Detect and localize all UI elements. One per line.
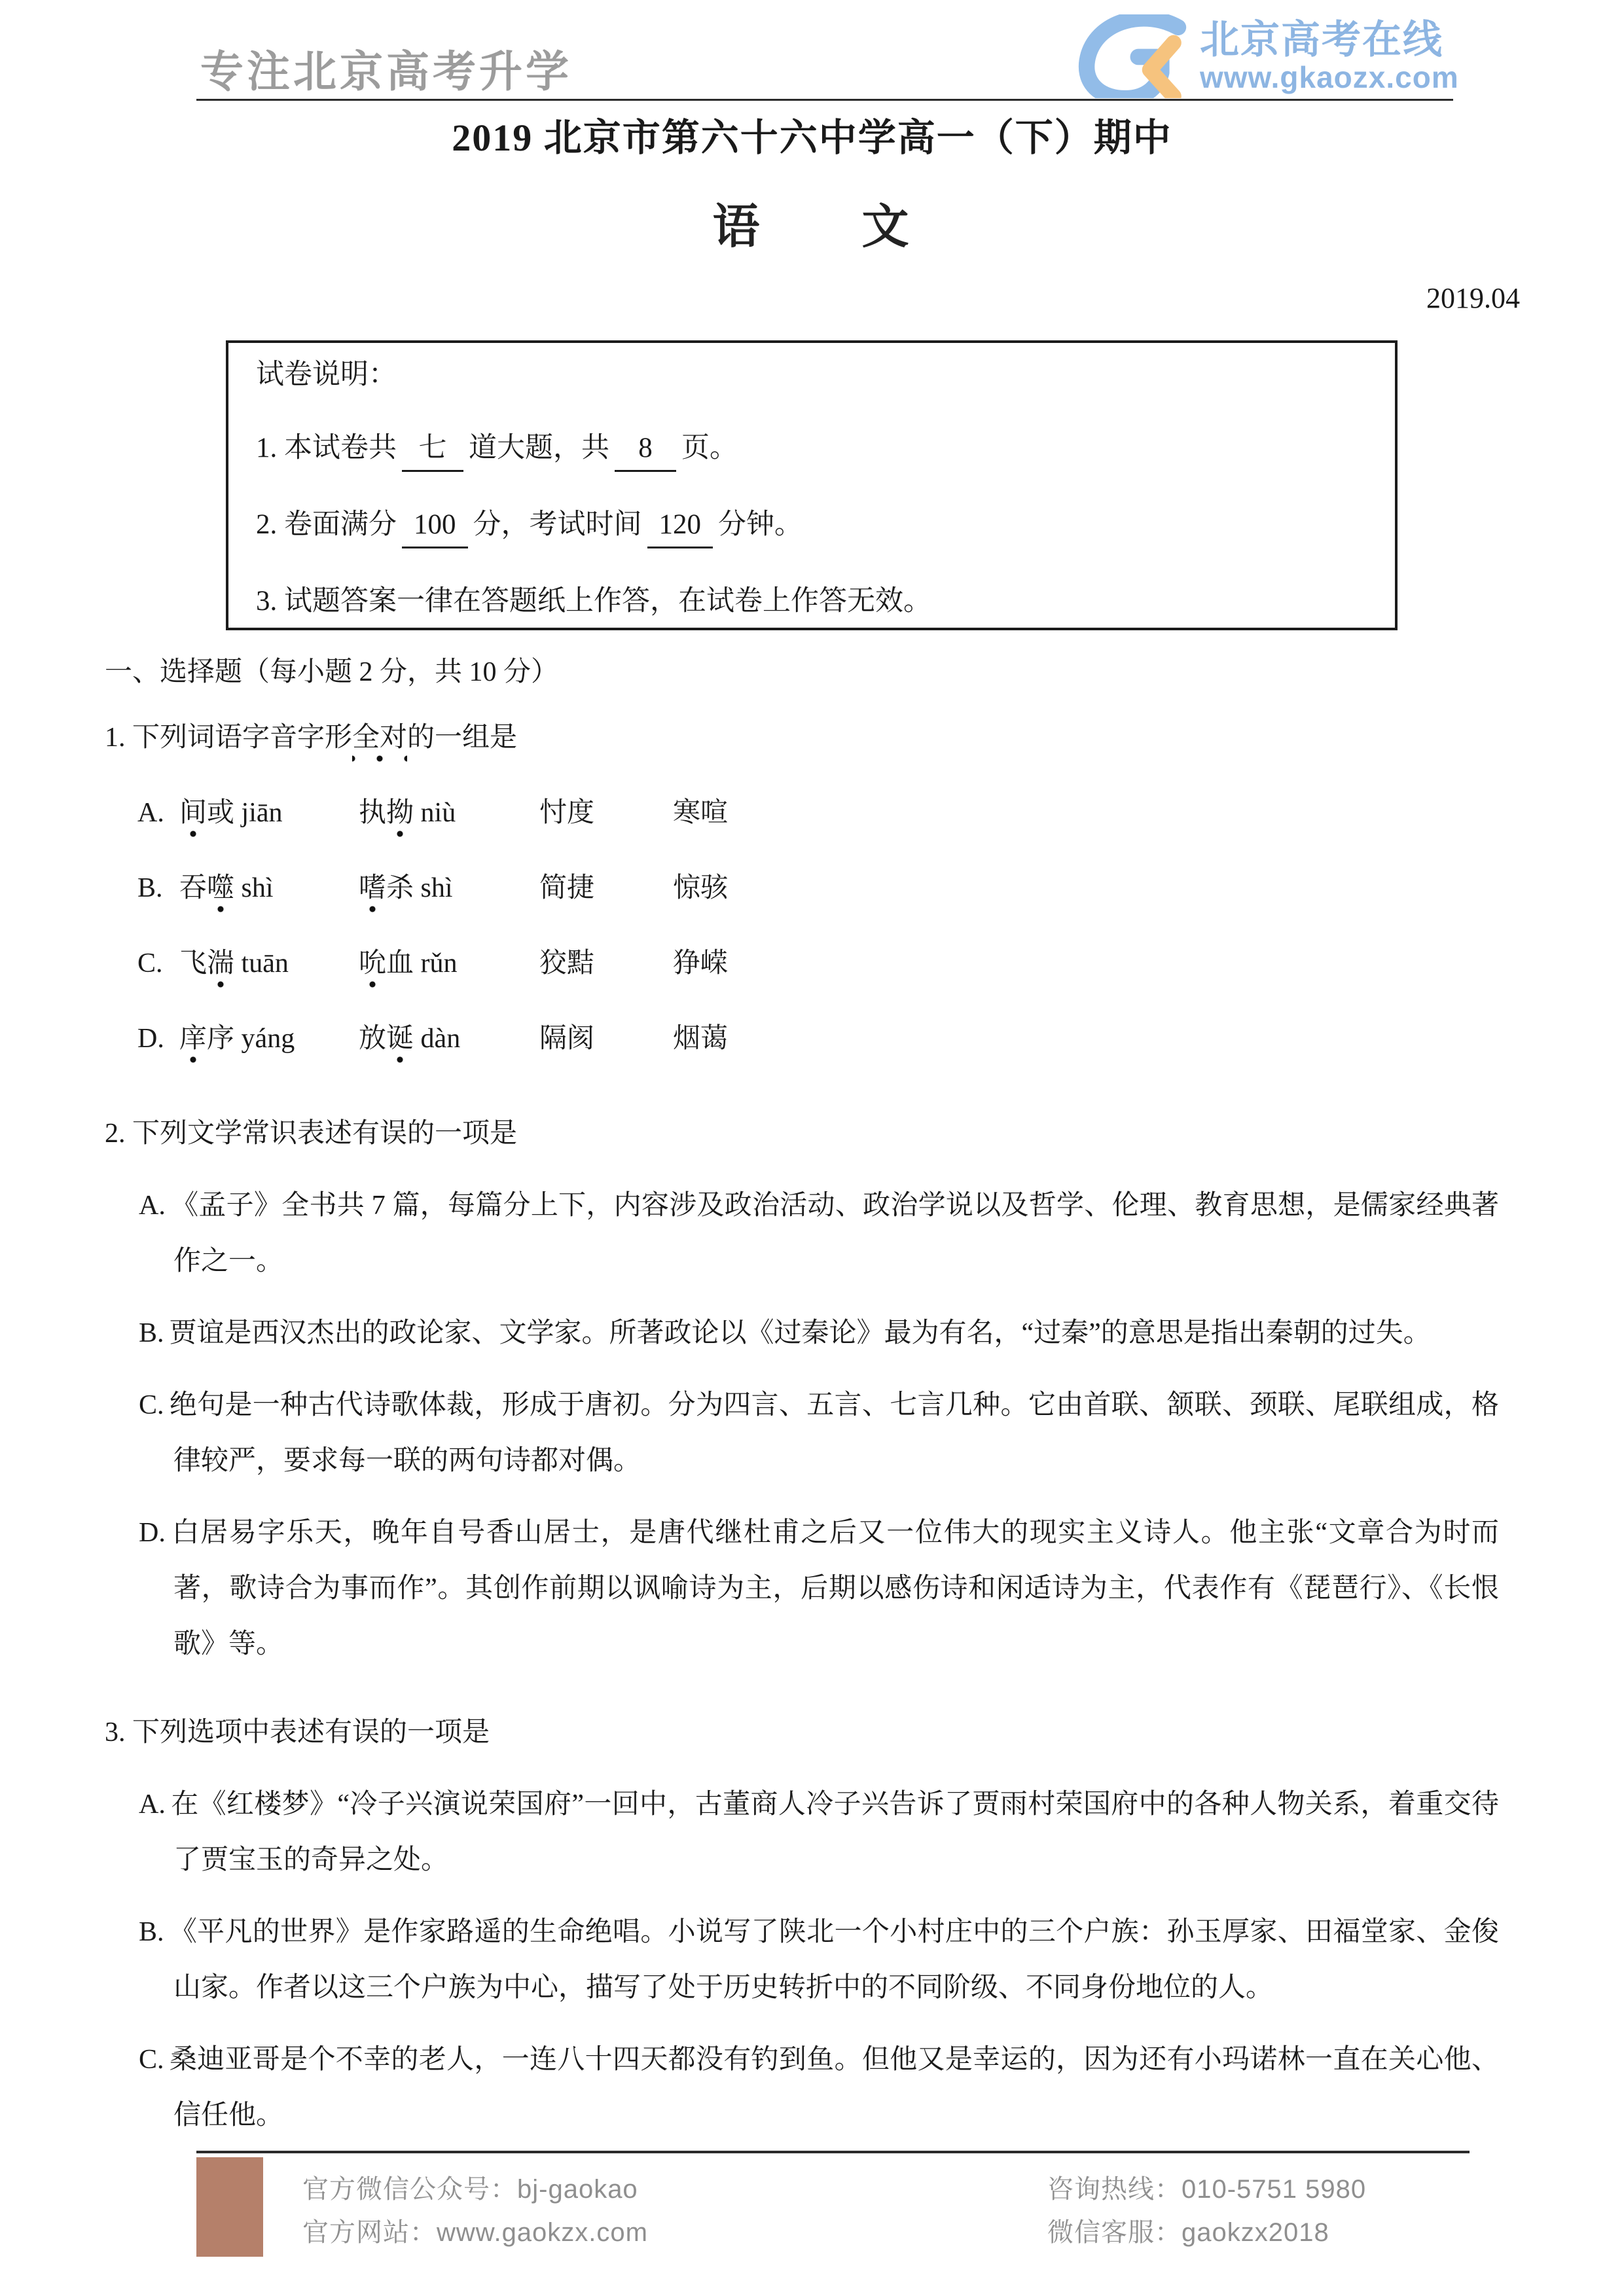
footer-divider: [196, 2151, 1470, 2153]
option-label: A.: [139, 1789, 166, 1820]
option-label: A.: [137, 785, 179, 841]
footer-text: 微信客服：gaokzx2018: [1047, 2211, 1366, 2254]
option-label: A.: [139, 1191, 166, 1221]
option-label: D.: [139, 1518, 166, 1548]
question3-options: A.在《红楼梦》“冷子兴演说荣国府”一回中，古董商人冷子兴告诉了贾雨村荣国府中的…: [105, 1777, 1499, 2144]
notice-items: 1. 本试卷共七道大题，共8页。2. 卷面满分100分，考试时间120分钟。3.…: [256, 428, 1367, 622]
option-label: C.: [139, 1390, 164, 1420]
exam-paper-page: 专注北京高考升学 北京高考在线 www.gkaozx.com 2019 北京市第…: [0, 0, 1624, 2296]
logo-mark-icon: [1069, 14, 1193, 98]
footer-text: 咨询热线：010-5751 5980: [1047, 2168, 1366, 2211]
option-paragraph: D.白居易字乐天，晚年自号香山居士，是唐代继杜甫之后又一位伟大的现实主义诗人。他…: [105, 1505, 1499, 1672]
logo-text: 北京高考在线 www.gkaozx.com: [1200, 19, 1459, 94]
notice-blank-value: 100: [402, 505, 468, 548]
notice-text: 1. 本试卷共: [256, 433, 397, 463]
option-label: C.: [137, 936, 179, 992]
notice-text: 页。: [681, 433, 738, 463]
notice-item: 2. 卷面满分100分，考试时间120分钟。: [256, 505, 1367, 548]
q1-option-row: C.飞湍 tuān吮血 rǔn狡黠狰嵘: [137, 936, 1499, 992]
option-word: 寒喧: [673, 785, 1499, 841]
header-divider: [196, 99, 1453, 101]
question2-options: A.《孟子》全书共 7 篇，每篇分上下，内容涉及政治活动、政治学说以及哲学、伦理…: [105, 1178, 1499, 1672]
question2-stem: 2. 下列文学常识表述有误的一项是: [105, 1106, 1499, 1162]
option-text: 绝句是一种古代诗歌体裁，形成于唐初。分为四言、五言、七言几种。它由首联、颔联、颈…: [170, 1390, 1499, 1476]
subject-title: 语 文: [0, 188, 1624, 257]
emphasized-char: 湍: [207, 948, 234, 989]
page-title: 2019 北京市第六十六中学高一（下）期中: [0, 107, 1624, 162]
footer-text: 官方微信公众号：bj-gaokao: [302, 2168, 648, 2211]
notice-text: 3. 试题答案一律在答题纸上作答，在试卷上作答无效。: [256, 586, 931, 617]
emphasized-char: 嗜: [359, 873, 386, 914]
notice-box: 试卷说明： 1. 本试卷共七道大题，共8页。2. 卷面满分100分，考试时间12…: [226, 340, 1398, 630]
emphasized-char: 拗: [386, 798, 414, 838]
option-word: 狡黠: [539, 936, 673, 992]
option-word: 执拗 niù: [359, 785, 539, 841]
question1-stem: 1. 下列词语字音字形全对的一组是: [105, 710, 1499, 766]
option-word: 狰嵘: [673, 936, 1499, 992]
brand-logo: 北京高考在线 www.gkaozx.com: [1069, 14, 1459, 98]
q1-stem-prefix: 1. 下列词语字音字形: [105, 723, 352, 753]
emphasized-char: 庠: [179, 1024, 207, 1064]
footer-right-column: 咨询热线：010-5751 5980微信客服：gaokzx2018: [1047, 2168, 1366, 2254]
footer-text: 官方网站：www.gaokzx.com: [302, 2211, 648, 2254]
notice-text: 2. 卷面满分: [256, 509, 397, 540]
question3-stem: 3. 下列选项中表述有误的一项是: [105, 1705, 1499, 1761]
notice-item: 1. 本试卷共七道大题，共8页。: [256, 428, 1367, 472]
notice-blank-value: 120: [647, 505, 713, 548]
emphasized-char: 间: [179, 798, 207, 838]
logo-url: www.gkaozx.com: [1200, 61, 1459, 94]
option-word: 吞噬 shì: [179, 861, 359, 916]
q1-stem-suffix: 的一组是: [407, 723, 517, 753]
option-paragraph: A.《孟子》全书共 7 篇，每篇分上下，内容涉及政治活动、政治学说以及哲学、伦理…: [105, 1178, 1499, 1289]
option-text: 白居易字乐天，晚年自号香山居士，是唐代继杜甫之后又一位伟大的现实主义诗人。他主张…: [171, 1518, 1499, 1659]
option-text: 贾谊是西汉杰出的政论家、文学家。所著政论以《过秦论》最为有名，“过秦”的意思是指…: [170, 1318, 1431, 1348]
notice-item: 3. 试题答案一律在答题纸上作答，在试卷上作答无效。: [256, 581, 1367, 622]
option-word: 放诞 dàn: [359, 1011, 539, 1067]
question-area: 一、选择题（每小题 2 分，共 10 分） 1. 下列词语字音字形全对的一组是 …: [105, 645, 1499, 2144]
option-paragraph: B.《平凡的世界》是作家路遥的生命绝唱。小说写了陕北一个小村庄中的三个户族：孙玉…: [105, 1905, 1499, 2016]
footer-left-column: 官方微信公众号：bj-gaokao官方网站：www.gaokzx.com: [302, 2168, 648, 2254]
q1-option-row: B.吞噬 shì嗜杀 shì简捷惊骇: [137, 861, 1499, 916]
option-paragraph: C.绝句是一种古代诗歌体裁，形成于唐初。分为四言、五言、七言几种。它由首联、颔联…: [105, 1378, 1499, 1489]
option-text: 《平凡的世界》是作家路遥的生命绝唱。小说写了陕北一个小村庄中的三个户族：孙玉厚家…: [170, 1917, 1499, 2003]
option-word: 惊骇: [673, 861, 1499, 916]
option-label: C.: [139, 2045, 164, 2075]
notice-heading: 试卷说明：: [256, 355, 1367, 395]
option-text: 桑迪亚哥是个不幸的老人，一连八十四天都没有钓到鱼。但他又是幸运的，因为还有小玛诺…: [170, 2045, 1499, 2130]
option-word: 飞湍 tuān: [179, 936, 359, 992]
option-label: B.: [139, 1917, 164, 1947]
notice-text: 分，考试时间: [473, 509, 642, 540]
notice-blank-value: 七: [402, 428, 463, 472]
section-heading: 一、选择题（每小题 2 分，共 10 分）: [105, 645, 1499, 700]
option-word: 庠序 yáng: [179, 1011, 359, 1067]
option-label: D.: [137, 1011, 179, 1067]
emphasized-char: 噬: [207, 873, 234, 914]
option-label: B.: [137, 861, 179, 916]
option-paragraph: A.在《红楼梦》“冷子兴演说荣国府”一回中，古董商人冷子兴告诉了贾雨村荣国府中的…: [105, 1777, 1499, 1888]
option-word: 隔阂: [539, 1011, 673, 1067]
header-slogan: 专注北京高考升学: [200, 37, 572, 99]
option-paragraph: C.桑迪亚哥是个不幸的老人，一连八十四天都没有钓到鱼。但他又是幸运的，因为还有小…: [105, 2032, 1499, 2144]
question1-options: A.间或 jiān执拗 niù忖度寒喧B.吞噬 shì嗜杀 shì简捷惊骇C.飞…: [105, 785, 1499, 1067]
q1-option-row: A.间或 jiān执拗 niù忖度寒喧: [137, 785, 1499, 841]
notice-blank-value: 8: [615, 428, 676, 472]
option-label: B.: [139, 1318, 164, 1348]
notice-text: 道大题，共: [469, 433, 609, 463]
emphasized-char: 诞: [386, 1024, 414, 1064]
option-text: 《孟子》全书共 7 篇，每篇分上下，内容涉及政治活动、政治学说以及哲学、伦理、教…: [171, 1191, 1499, 1276]
emphasized-char: 吮: [359, 948, 386, 989]
option-word: 简捷: [539, 861, 673, 916]
option-word: 吮血 rǔn: [359, 936, 539, 992]
notice-text: 分钟。: [718, 509, 803, 540]
option-paragraph: B.贾谊是西汉杰出的政论家、文学家。所著政论以《过秦论》最为有名，“过秦”的意思…: [105, 1306, 1499, 1361]
logo-brand-name: 北京高考在线: [1200, 19, 1459, 61]
option-word: 间或 jiān: [179, 785, 359, 841]
q1-stem-emphasis: 全对: [352, 723, 407, 763]
option-word: 嗜杀 shì: [359, 861, 539, 916]
q1-option-row: D.庠序 yáng放诞 dàn隔阂烟蔼: [137, 1011, 1499, 1067]
option-word: 忖度: [539, 785, 673, 841]
option-text: 在《红楼梦》“冷子兴演说荣国府”一回中，古董商人冷子兴告诉了贾雨村荣国府中的各种…: [171, 1789, 1499, 1875]
exam-date: 2019.04: [0, 281, 1520, 315]
option-word: 烟蔼: [673, 1011, 1499, 1067]
footer-accent-block: [196, 2157, 263, 2257]
